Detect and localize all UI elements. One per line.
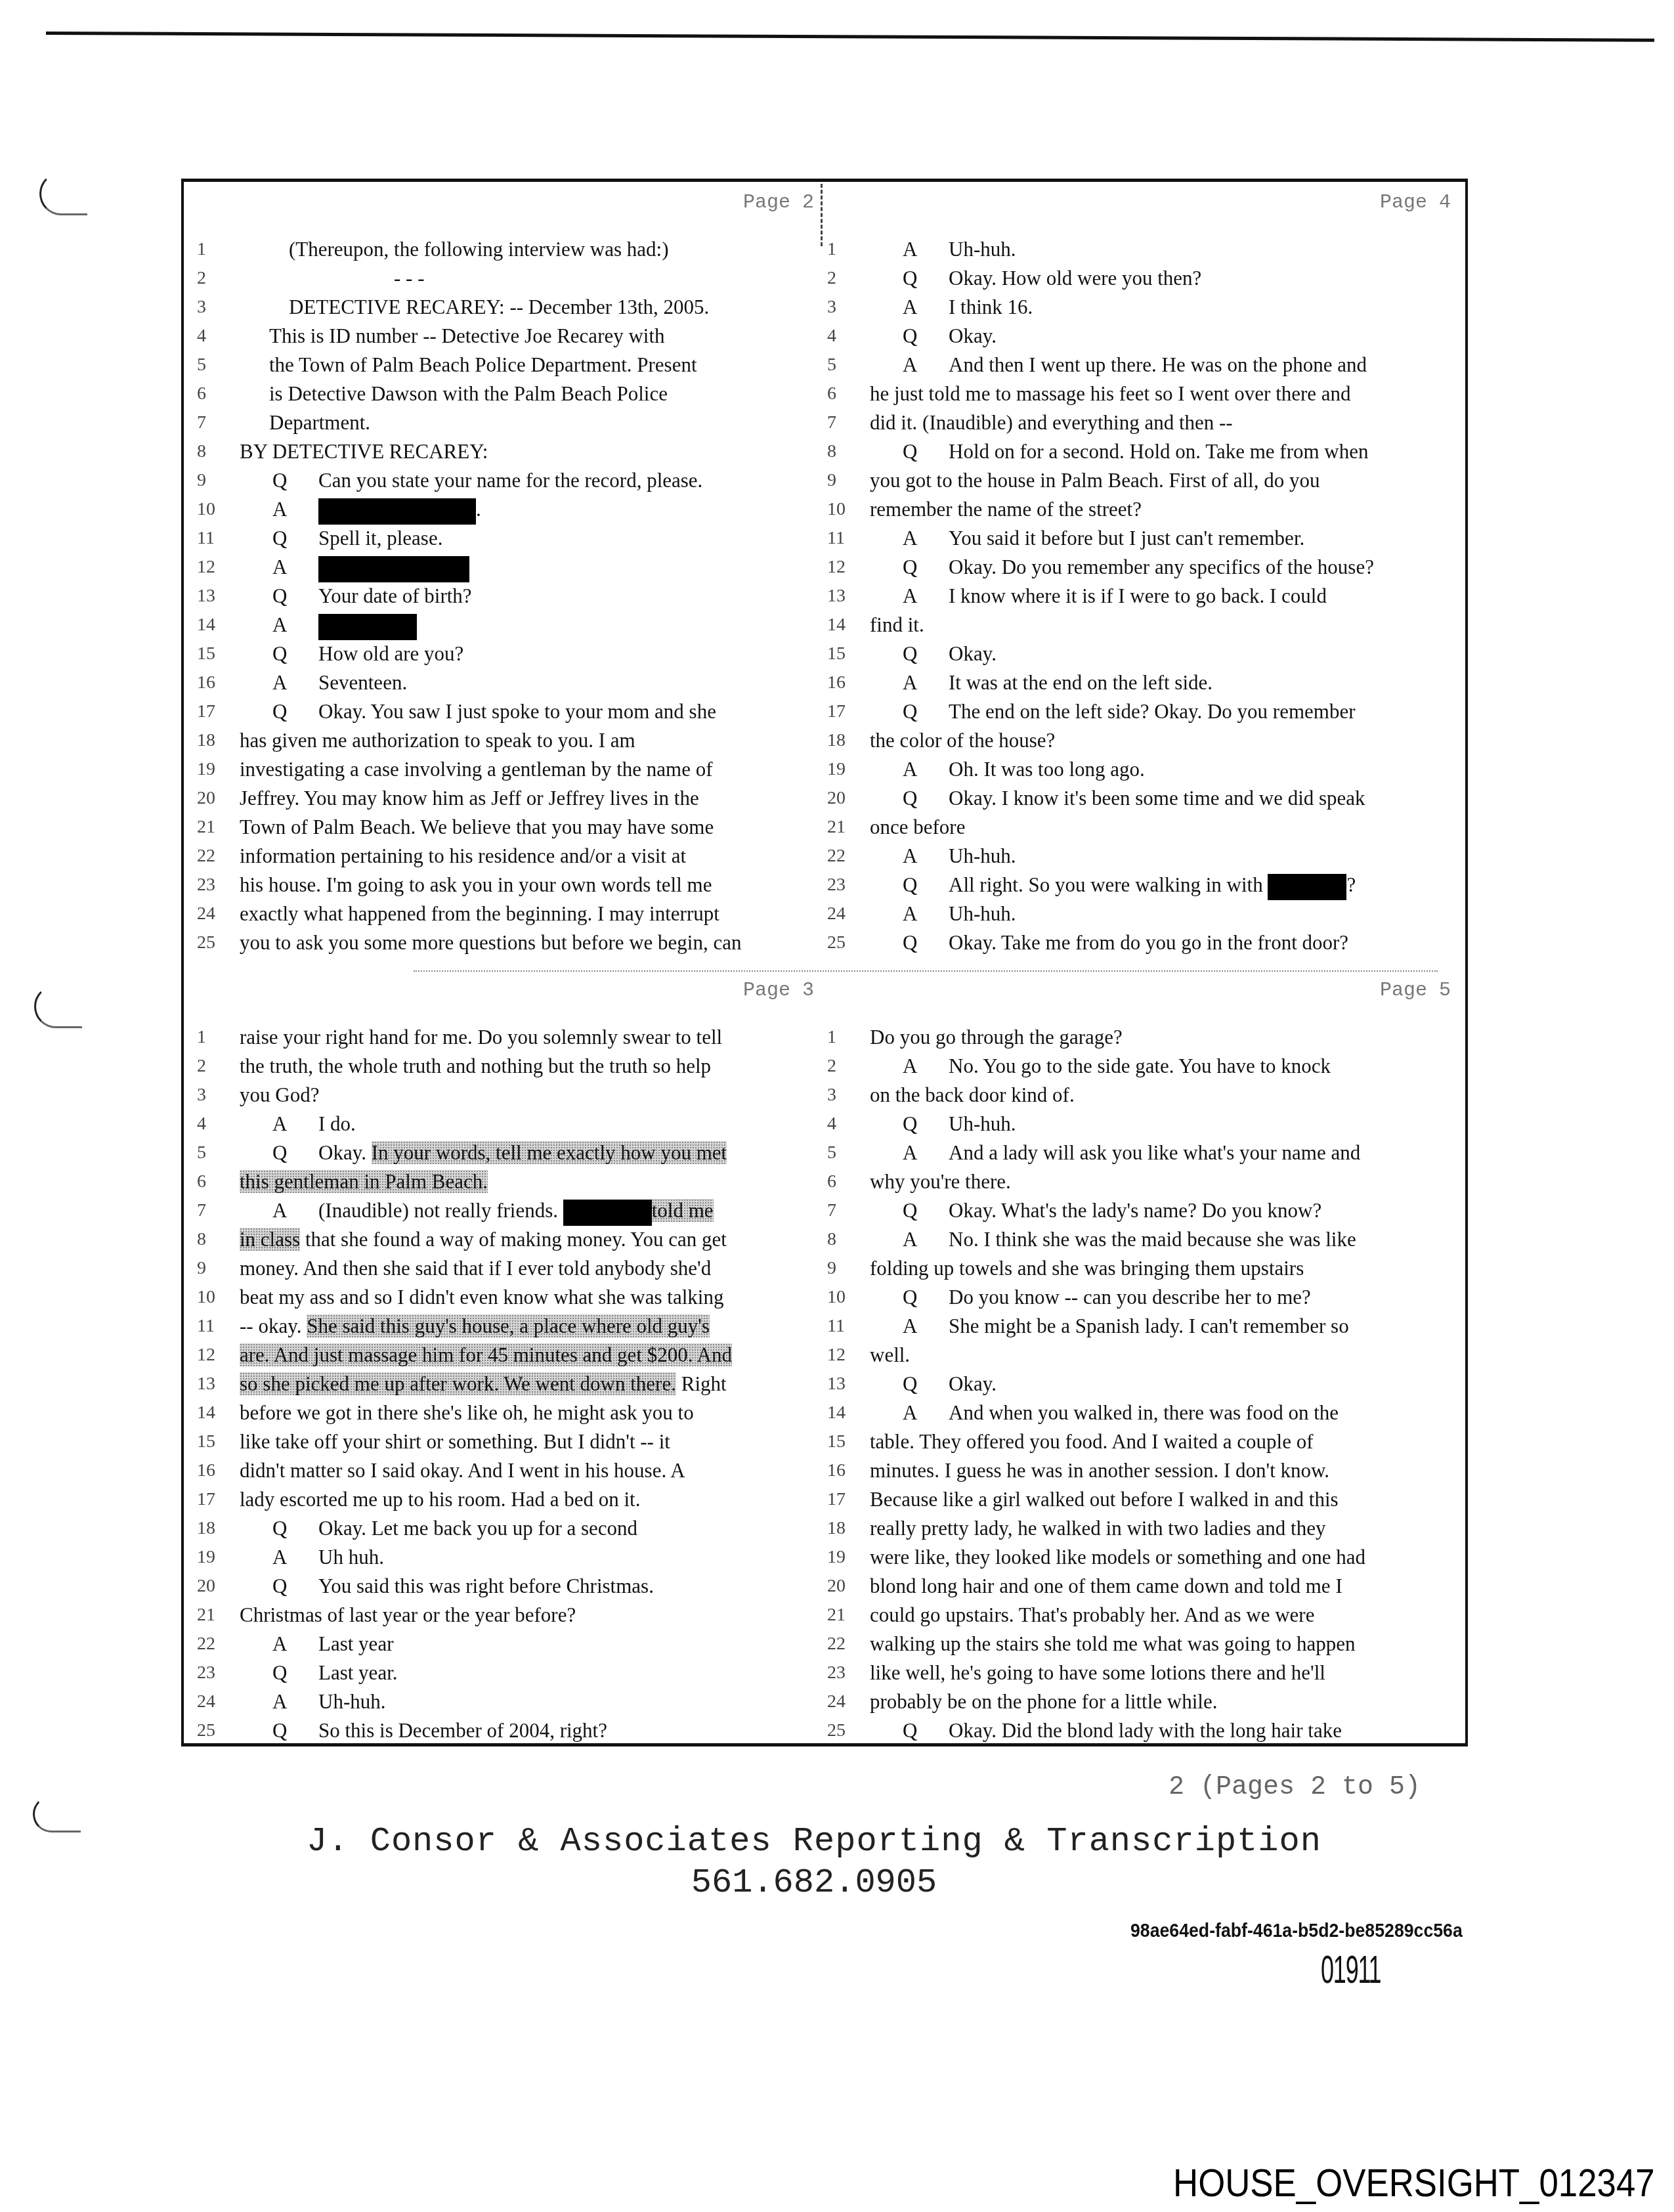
answer-marker: A [272, 1110, 318, 1139]
text-segment: Do you go through the garage? [870, 1026, 1123, 1049]
text-segment: you to ask you some more questions but b… [240, 931, 742, 954]
text-segment: Uh-huh. [949, 238, 1016, 261]
line-text: once before [870, 813, 965, 842]
line-number: 7 [197, 408, 236, 437]
text-segment: Do you know -- can you describe her to m… [949, 1286, 1311, 1309]
question-marker: Q [272, 697, 318, 726]
line-number: 5 [197, 1139, 236, 1167]
line-text: QOkay. Did the blond lady with the long … [903, 1716, 1342, 1745]
transcript-page-2: Page 2 1(Thereupon, the following interv… [197, 184, 814, 959]
line-number: 21 [197, 1601, 236, 1630]
line-text: lady escorted me up to his room. Had a b… [240, 1485, 640, 1514]
answer-marker: A [903, 351, 949, 380]
question-marker: Q [903, 1283, 949, 1312]
text-segment: No. You go to the side gate. You have to… [949, 1054, 1331, 1077]
line-number: 7 [827, 1196, 867, 1225]
text-segment: I do. [318, 1112, 356, 1135]
line-text: AI know where it is if I were to go back… [903, 582, 1327, 611]
text-segment: once before [870, 815, 965, 838]
text-segment: like take off your shirt or something. B… [240, 1430, 670, 1453]
line-text: ASeventeen. [272, 668, 407, 697]
line-text: QOkay. Let me back you up for a second [272, 1514, 637, 1543]
transcript-line: 7A(Inaudible) not really friends. told m… [197, 1196, 814, 1225]
transcript-line: 14before we got in there she's like oh, … [197, 1399, 814, 1427]
text-segment: table. They offered you food. And I wait… [870, 1430, 1313, 1453]
transcript-line: 12well. [827, 1341, 1457, 1370]
line-number: 10 [827, 495, 867, 524]
line-text: the color of the house? [870, 726, 1055, 755]
line-number: 17 [827, 1485, 867, 1514]
line-number: 1 [827, 1023, 867, 1052]
transcript-line: 11-- okay. She said this guy's house, a … [197, 1312, 814, 1341]
line-number: 24 [827, 1687, 867, 1716]
text-segment: that she found a way of making money. Yo… [300, 1228, 727, 1251]
line-number: 1 [197, 235, 236, 264]
line-number: 25 [827, 1716, 867, 1745]
transcript-line: 12QOkay. Do you remember any specifics o… [827, 553, 1457, 582]
question-marker: Q [903, 1110, 949, 1139]
transcript-line: 11AYou said it before but I just can't r… [827, 524, 1457, 553]
line-text: AI do. [272, 1110, 356, 1139]
transcript-line: 10QDo you know -- can you describe her t… [827, 1283, 1457, 1312]
question-marker: Q [903, 1716, 949, 1745]
transcript-line: 9money. And then she said that if I ever… [197, 1254, 814, 1283]
line-text: QYour date of birth? [272, 582, 472, 611]
line-number: 8 [197, 437, 236, 466]
transcript-line: 4This is ID number -- Detective Joe Reca… [197, 322, 814, 351]
text-segment: Okay. [318, 1141, 372, 1164]
transcript-line: 3DETECTIVE RECAREY: -- December 13th, 20… [197, 293, 814, 322]
line-text: AIt was at the end on the left side. [903, 668, 1213, 697]
text-segment: Okay. Do you remember any specifics of t… [949, 555, 1374, 578]
line-number: 3 [197, 1081, 236, 1110]
line-text: beat my ass and so I didn't even know wh… [240, 1283, 723, 1312]
line-text: AUh-huh. [903, 900, 1016, 928]
line-number: 7 [197, 1196, 236, 1225]
text-segment: Okay. You saw I just spoke to your mom a… [318, 700, 716, 723]
line-number: 7 [827, 408, 867, 437]
line-number: 10 [197, 495, 236, 524]
transcript-page-3: Page 3 1raise your right hand for me. Do… [197, 972, 814, 1746]
line-number: 3 [197, 293, 236, 322]
text-segment: This is ID number -- Detective Joe Recar… [269, 324, 665, 347]
question-marker: Q [272, 1139, 318, 1167]
line-number: 1 [197, 1023, 236, 1052]
line-text: Because like a girl walked out before I … [870, 1485, 1339, 1514]
transcript-line: 19investigating a case involving a gentl… [197, 755, 814, 784]
text-segment: BY DETECTIVE RECAREY: [240, 440, 488, 463]
page-label: Page 2 [743, 192, 814, 214]
transcript-line: 7QOkay. What's the lady's name? Do you k… [827, 1196, 1457, 1225]
line-number: 25 [197, 928, 236, 957]
bates-number: HOUSE_OVERSIGHT_012347 [1173, 2160, 1655, 2205]
line-text: Do you go through the garage? [870, 1023, 1123, 1052]
line-text: AYou said it before but I just can't rem… [903, 524, 1304, 553]
transcript-line: 18QOkay. Let me back you up for a second [197, 1514, 814, 1543]
line-text: QAll right. So you were walking in with … [903, 871, 1356, 900]
text-segment: the truth, the whole truth and nothing b… [240, 1054, 711, 1077]
answer-marker: A [272, 1630, 318, 1659]
line-number: 3 [827, 293, 867, 322]
line-number: 5 [827, 351, 867, 380]
text-segment: the Town of Palm Beach Police Department… [269, 353, 697, 376]
text-segment: didn't matter so I said okay. And I went… [240, 1459, 685, 1482]
transcript-line: 16ASeventeen. [197, 668, 814, 697]
answer-marker: A [903, 524, 949, 553]
transcript-line: 14AAnd when you walked in, there was foo… [827, 1399, 1457, 1427]
line-text: has given me authorization to speak to y… [240, 726, 635, 755]
question-marker: Q [903, 640, 949, 668]
line-text: you God? [240, 1081, 319, 1110]
question-marker: Q [903, 1370, 949, 1399]
line-text: minutes. I guess he was in another sessi… [870, 1456, 1329, 1485]
line-text: AUh-huh. [903, 235, 1016, 264]
line-text: AAnd then I went up there. He was on the… [903, 351, 1367, 380]
transcript-line: 19were like, they looked like models or … [827, 1543, 1457, 1572]
line-text: QOkay. You saw I just spoke to your mom … [272, 697, 716, 726]
text-segment: And then I went up there. He was on the … [949, 353, 1367, 376]
transcript-line: 10beat my ass and so I didn't even know … [197, 1283, 814, 1312]
transcript-line: 15table. They offered you food. And I wa… [827, 1427, 1457, 1456]
transcript-line: 23like well, he's going to have some lot… [827, 1659, 1457, 1687]
line-text: QLast year. [272, 1659, 398, 1687]
highlighted-text: this gentleman in Palm Beach. [240, 1170, 488, 1193]
line-text: remember the name of the street? [870, 495, 1142, 524]
text-segment: Uh-huh. [949, 844, 1016, 867]
text-segment: you God? [240, 1083, 319, 1106]
text-segment: It was at the end on the left side. [949, 671, 1213, 694]
transcript-line: 23QLast year. [197, 1659, 814, 1687]
text-segment: I know where it is if I were to go back.… [949, 584, 1327, 607]
question-marker: Q [903, 871, 949, 900]
line-number: 17 [197, 697, 236, 726]
transcript-line: 15QHow old are you? [197, 640, 814, 668]
transcript-line: 17QThe end on the left side? Okay. Do yo… [827, 697, 1457, 726]
line-number: 25 [827, 928, 867, 957]
line-number: 1 [827, 235, 867, 264]
line-number: 13 [197, 1370, 236, 1399]
text-segment: Town of Palm Beach. We believe that you … [240, 815, 714, 838]
answer-marker: A [903, 1225, 949, 1254]
text-segment: minutes. I guess he was in another sessi… [870, 1459, 1329, 1482]
transcript-line: 4QOkay. [827, 322, 1457, 351]
line-number: 5 [827, 1139, 867, 1167]
line-text: Town of Palm Beach. We believe that you … [240, 813, 714, 842]
question-marker: Q [903, 784, 949, 813]
line-text: A. [272, 495, 481, 525]
line-text: blond long hair and one of them came dow… [870, 1572, 1342, 1601]
line-text: did it. (Inaudible) and everything and t… [870, 408, 1233, 437]
line-text: AUh huh. [272, 1543, 384, 1572]
transcript-line: 22ALast year [197, 1630, 814, 1659]
line-text: AOh. It was too long ago. [903, 755, 1145, 784]
line-text: really pretty lady, he walked in with tw… [870, 1514, 1325, 1543]
text-segment: And when you walked in, there was food o… [949, 1401, 1339, 1424]
line-text: this gentleman in Palm Beach. [240, 1167, 488, 1196]
answer-marker: A [903, 1052, 949, 1081]
line-text: DETECTIVE RECAREY: -- December 13th, 200… [289, 293, 709, 322]
page-label: Page 3 [743, 980, 814, 1002]
transcript-line: 13so she picked me up after work. We wen… [197, 1370, 814, 1399]
transcript-line: 25you to ask you some more questions but… [197, 928, 814, 957]
transcript-line: 1AUh-huh. [827, 235, 1457, 264]
transcript-line: 10A. [197, 495, 814, 524]
line-number: 6 [827, 380, 867, 408]
line-text: (Thereupon, the following interview was … [289, 235, 669, 264]
line-number: 14 [827, 1399, 867, 1427]
text-segment: find it. [870, 613, 924, 636]
line-text: QYou said this was right before Christma… [272, 1572, 654, 1601]
line-number: 13 [827, 1370, 867, 1399]
text-segment: like well, he's going to have some lotio… [870, 1661, 1325, 1684]
transcript-line: 20QYou said this was right before Christ… [197, 1572, 814, 1601]
transcript-line: 8BY DETECTIVE RECAREY: [197, 437, 814, 466]
line-number: 20 [827, 784, 867, 813]
text-segment: No. I think she was the maid because she… [949, 1228, 1356, 1251]
line-number: 17 [827, 697, 867, 726]
answer-marker: A [903, 1312, 949, 1341]
transcript-line: 6he just told me to massage his feet so … [827, 380, 1457, 408]
company-name: J. Consor & Associates Reporting & Trans… [256, 1822, 1372, 1861]
line-number: 23 [827, 1659, 867, 1687]
line-number: 12 [827, 1341, 867, 1370]
text-segment: Okay. [949, 642, 997, 665]
line-text: ANo. You go to the side gate. You have t… [903, 1052, 1331, 1081]
transcript-line: 14find it. [827, 611, 1457, 640]
document-id: 98ae64ed-fabf-461a-b5d2-be85289cc56a [1130, 1920, 1463, 1942]
text-segment: Christmas of last year or the year befor… [240, 1603, 576, 1626]
line-number: 5 [197, 351, 236, 380]
line-number: 22 [197, 1630, 236, 1659]
text-segment: . [476, 498, 481, 521]
transcript-line: 21once before [827, 813, 1457, 842]
line-text: QHold on for a second. Hold on. Take me … [903, 437, 1369, 466]
transcript-line: 20Jeffrey. You may know him as Jeff or J… [197, 784, 814, 813]
redaction-block [1268, 874, 1346, 900]
line-number: 24 [827, 900, 867, 928]
text-segment: Last year [318, 1632, 393, 1655]
line-number: 21 [827, 1601, 867, 1630]
line-number: 4 [827, 1110, 867, 1139]
highlighted-text: She said this guy's house, a place where… [307, 1314, 710, 1337]
transcript-line: 23QAll right. So you were walking in wit… [827, 871, 1457, 900]
text-segment: Uh-huh. [949, 902, 1016, 925]
answer-marker: A [272, 668, 318, 697]
line-text: QOkay. How old were you then? [903, 264, 1201, 293]
line-text: QHow old are you? [272, 640, 463, 668]
transcript-line: 21Town of Palm Beach. We believe that yo… [197, 813, 814, 842]
transcript-line: 6this gentleman in Palm Beach. [197, 1167, 814, 1196]
question-marker: Q [272, 1572, 318, 1601]
transcript-line: 24AUh-huh. [827, 900, 1457, 928]
transcript-line: 3on the back door kind of. [827, 1081, 1457, 1110]
transcript-line: 1(Thereupon, the following interview was… [197, 235, 814, 264]
answer-marker: A [272, 1543, 318, 1572]
line-text: like take off your shirt or something. B… [240, 1427, 670, 1456]
line-number: 23 [827, 871, 867, 900]
text-segment: he just told me to massage his feet so I… [870, 382, 1351, 405]
text-segment: beat my ass and so I didn't even know wh… [240, 1286, 723, 1309]
line-number: 2 [827, 264, 867, 293]
line-text: QSo this is December of 2004, right? [272, 1716, 607, 1745]
transcript-line: 5AAnd a lady will ask you like what's yo… [827, 1139, 1457, 1167]
line-number: 23 [197, 871, 236, 900]
line-text: on the back door kind of. [870, 1081, 1075, 1110]
transcript-line: 3AI think 16. [827, 293, 1457, 322]
line-text: This is ID number -- Detective Joe Recar… [269, 322, 665, 351]
line-number: 10 [827, 1283, 867, 1312]
text-segment: Your date of birth? [318, 584, 472, 607]
text-segment: The end on the left side? Okay. Do you r… [949, 700, 1356, 723]
line-number: 16 [827, 1456, 867, 1485]
line-number: 2 [197, 264, 236, 293]
line-text: QOkay. In your words, tell me exactly ho… [272, 1139, 727, 1167]
question-marker: Q [272, 524, 318, 553]
line-number: 8 [827, 1225, 867, 1254]
answer-marker: A [903, 293, 949, 322]
line-number: 10 [197, 1283, 236, 1312]
line-text: Christmas of last year or the year befor… [240, 1601, 576, 1630]
transcript-line: 22walking up the stairs she told me what… [827, 1630, 1457, 1659]
transcript-line: 7did it. (Inaudible) and everything and … [827, 408, 1457, 437]
line-text: ANo. I think she was the maid because sh… [903, 1225, 1356, 1254]
line-text: information pertaining to his residence … [240, 842, 686, 871]
transcript-line: 15like take off your shirt or something.… [197, 1427, 814, 1456]
line-number: 20 [197, 784, 236, 813]
line-number: 12 [197, 553, 236, 582]
text-segment: why you're there. [870, 1170, 1011, 1193]
text-segment: -- okay. [240, 1314, 307, 1337]
answer-marker: A [272, 1196, 318, 1225]
transcript-line: 18has given me authorization to speak to… [197, 726, 814, 755]
transcript-line: 11AShe might be a Spanish lady. I can't … [827, 1312, 1457, 1341]
text-segment: folding up towels and she was bringing t… [870, 1257, 1304, 1280]
transcript-line: 19AOh. It was too long ago. [827, 755, 1457, 784]
line-number: 6 [827, 1167, 867, 1196]
answer-marker: A [903, 668, 949, 697]
text-segment: Uh huh. [318, 1546, 384, 1569]
line-text: QThe end on the left side? Okay. Do you … [903, 697, 1356, 726]
text-segment: Hold on for a second. Hold on. Take me f… [949, 440, 1369, 463]
transcript-line: 23his house. I'm going to ask you in you… [197, 871, 814, 900]
line-number: 18 [197, 1514, 236, 1543]
transcript-line: 22information pertaining to his residenc… [197, 842, 814, 871]
highlighted-text: so she picked me up after work. We went … [240, 1372, 676, 1395]
text-segment: did it. (Inaudible) and everything and t… [870, 411, 1233, 434]
text-segment: his house. I'm going to ask you in your … [240, 873, 712, 896]
line-number: 3 [827, 1081, 867, 1110]
text-segment: money. And then she said that if I ever … [240, 1257, 711, 1280]
text-segment: has given me authorization to speak to y… [240, 729, 635, 752]
answer-marker: A [272, 495, 318, 524]
transcript-line: 12A [197, 553, 814, 582]
answer-marker: A [903, 1399, 949, 1427]
line-text: Jeffrey. You may know him as Jeff or Jef… [240, 784, 699, 813]
text-segment: Because like a girl walked out before I … [870, 1488, 1339, 1511]
text-segment: You said this was right before Christmas… [318, 1574, 654, 1597]
line-text: AAnd a lady will ask you like what's you… [903, 1139, 1360, 1167]
transcript-line: 25QOkay. Take me from do you go in the f… [827, 928, 1457, 957]
text-segment: remember the name of the street? [870, 498, 1142, 521]
line-text: A [272, 611, 417, 640]
text-segment: How old are you? [318, 642, 463, 665]
transcript-line: 1raise your right hand for me. Do you so… [197, 1023, 814, 1052]
question-marker: Q [903, 553, 949, 582]
question-marker: Q [903, 697, 949, 726]
answer-marker: A [272, 553, 318, 582]
transcript-line: 16AIt was at the end on the left side. [827, 668, 1457, 697]
transcript-line: 9you got to the house in Palm Beach. Fir… [827, 466, 1457, 495]
line-text: QUh-huh. [903, 1110, 1016, 1139]
text-segment: - - - [394, 267, 424, 290]
transcript-line: 12are. And just massage him for 45 minut… [197, 1341, 814, 1370]
text-segment: Okay. How old were you then? [949, 267, 1201, 290]
line-number: 11 [197, 1312, 236, 1341]
text-segment: blond long hair and one of them came dow… [870, 1574, 1342, 1597]
line-text: AAnd when you walked in, there was food … [903, 1399, 1339, 1427]
redaction-block [318, 556, 469, 582]
text-segment: probably be on the phone for a little wh… [870, 1690, 1217, 1713]
text-segment: Okay. What's the lady's name? Do you kno… [949, 1199, 1321, 1222]
transcript-line: 25QOkay. Did the blond lady with the lon… [827, 1716, 1457, 1745]
line-number: 6 [197, 1167, 236, 1196]
line-number: 13 [197, 582, 236, 611]
line-number: 12 [197, 1341, 236, 1370]
line-number: 4 [197, 1110, 236, 1139]
line-text: you to ask you some more questions but b… [240, 928, 742, 957]
text-segment: information pertaining to his residence … [240, 844, 686, 867]
transcript-line: 6why you're there. [827, 1167, 1457, 1196]
line-number: 19 [827, 1543, 867, 1572]
line-number: 20 [197, 1572, 236, 1601]
line-text: could go upstairs. That's probably her. … [870, 1601, 1314, 1630]
transcript-line: 13QYour date of birth? [197, 582, 814, 611]
line-number: 22 [827, 1630, 867, 1659]
line-text: walking up the stairs she told me what w… [870, 1630, 1356, 1659]
line-text: QOkay. [903, 322, 997, 351]
text-segment: Can you state your name for the record, … [318, 469, 702, 492]
text-segment: And a lady will ask you like what's your… [949, 1141, 1360, 1164]
line-number: 24 [197, 1687, 236, 1716]
question-marker: Q [272, 582, 318, 611]
text-segment: Okay. [949, 1372, 997, 1395]
question-marker: Q [903, 928, 949, 957]
transcript-line: 18really pretty lady, he walked in with … [827, 1514, 1457, 1543]
column-divider-mark [821, 184, 823, 246]
text-segment: Seventeen. [318, 671, 407, 694]
text-segment: Last year. [318, 1661, 398, 1684]
line-number: 11 [827, 1312, 867, 1341]
transcript-line: 9QCan you state your name for the record… [197, 466, 814, 495]
line-number: 8 [827, 437, 867, 466]
transcript-line: 4AI do. [197, 1110, 814, 1139]
company-phone: 561.682.0905 [256, 1863, 1372, 1902]
binder-hole-3 [33, 1796, 81, 1832]
line-number: 19 [197, 755, 236, 784]
highlighted-text: In your words, tell me exactly how you m… [372, 1141, 727, 1164]
question-marker: Q [903, 322, 949, 351]
transcript-line: 13AI know where it is if I were to go ba… [827, 582, 1457, 611]
line-text: folding up towels and she was bringing t… [870, 1254, 1304, 1283]
line-text: A(Inaudible) not really friends. told me [272, 1196, 714, 1226]
answer-marker: A [903, 842, 949, 871]
line-number: 21 [197, 813, 236, 842]
line-number: 23 [197, 1659, 236, 1687]
text-segment: She might be a Spanish lady. I can't rem… [949, 1314, 1349, 1337]
text-segment: So this is December of 2004, right? [318, 1719, 607, 1742]
transcript-line: 22AUh-huh. [827, 842, 1457, 871]
line-text: like well, he's going to have some lotio… [870, 1659, 1325, 1687]
